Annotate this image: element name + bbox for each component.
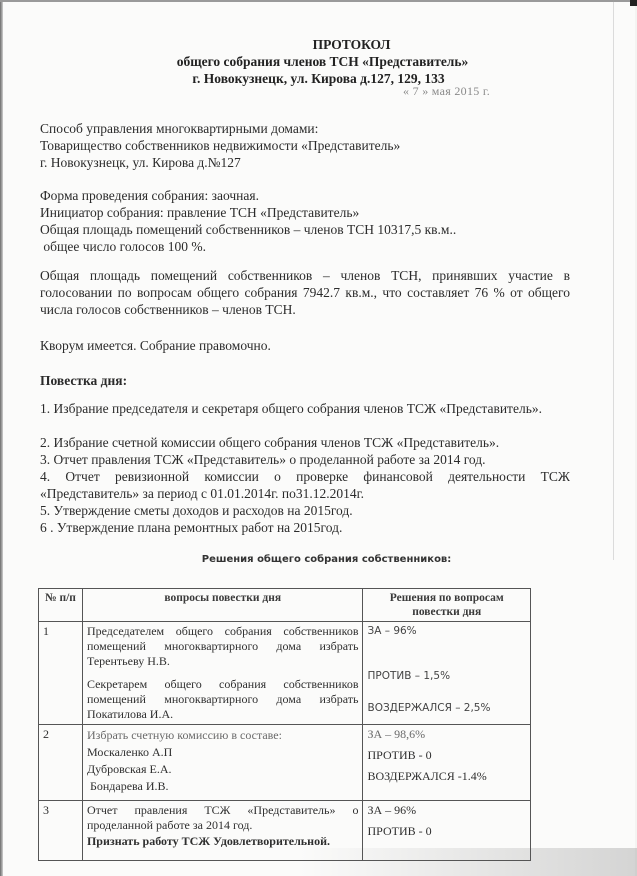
commission-member: Дубровская Е.А. bbox=[87, 761, 359, 778]
meeting-form: Форма проведения собрания: заочная. bbox=[40, 187, 259, 204]
agenda-item-3: 3. Отчет правления ТСЖ «Представитель» о… bbox=[40, 451, 486, 468]
table-row: 3 Отчет правления ТСЖ «Представитель» о … bbox=[39, 801, 531, 861]
row-result: ЗА – 98,6% ПРОТИВ - 0 ВОЗДЕРЖАЛСЯ -1.4% bbox=[363, 725, 531, 801]
document-subtitle: общего собрания членов ТСН «Представител… bbox=[0, 53, 637, 70]
row-question: Избрать счетную комиссию в составе: Моск… bbox=[82, 725, 363, 801]
quorum-statement: Кворум имеется. Собрание правомочно. bbox=[40, 337, 271, 354]
decisions-heading: Решения общего собрания собственников: bbox=[0, 554, 637, 565]
vote-for: ЗА – 98,6% bbox=[367, 727, 526, 742]
scan-edge-left bbox=[0, 0, 3, 876]
question-conclusion: Признать работу ТСЖ Удовлетворительной. bbox=[87, 833, 359, 849]
scan-edge-top bbox=[0, 0, 637, 2]
management-line-3: г. Новокузнецк, ул. Кирова д.№127 bbox=[40, 154, 241, 171]
vote-against: ПРОТИВ – 1,5% bbox=[367, 669, 526, 684]
row-number: 3 bbox=[39, 801, 83, 861]
table-row: 2 Избрать счетную комиссию в составе: Мо… bbox=[39, 725, 531, 801]
question-text: Избрать счетную комиссию в составе: bbox=[87, 727, 359, 744]
document-date: « 7 » мая 2015 г. bbox=[403, 84, 490, 99]
participation-paragraph: Общая площадь помещений собственников – … bbox=[40, 267, 570, 318]
vote-against: ПРОТИВ - 0 bbox=[367, 748, 526, 763]
decisions-table: № п/п вопросы повестки дня Решения по во… bbox=[38, 588, 531, 861]
question-text: Отчет правления ТСЖ «Представитель» о пр… bbox=[87, 803, 359, 833]
vote-against: ПРОТИВ - 0 bbox=[367, 824, 526, 839]
vote-abstain: ВОЗДЕРЖАЛСЯ -1.4% bbox=[367, 769, 526, 784]
vote-for: ЗА – 96% bbox=[367, 803, 526, 818]
question-text: Председателем общего собрания собственни… bbox=[87, 624, 359, 669]
scan-corner-mark bbox=[630, 0, 637, 6]
meeting-initiator: Инициатор собрания: правление ТСН «Предс… bbox=[40, 204, 359, 221]
agenda-heading: Повестка дня: bbox=[40, 372, 127, 389]
column-header-question: вопросы повестки дня bbox=[82, 589, 363, 622]
row-question: Отчет правления ТСЖ «Представитель» о пр… bbox=[82, 801, 363, 861]
commission-member: Бондарева И.В. bbox=[87, 778, 359, 795]
vote-for: ЗА – 96% bbox=[367, 624, 526, 639]
agenda-item-5: 5. Утверждение сметы доходов и расходов … bbox=[40, 502, 353, 519]
row-result: ЗА – 96% ПРОТИВ - 0 bbox=[363, 801, 531, 861]
document-title: ПРОТОКОЛ bbox=[0, 36, 637, 53]
column-header-number: № п/п bbox=[39, 589, 83, 622]
agenda-item-1: 1. Избрание председателя и секретаря общ… bbox=[40, 400, 570, 417]
management-line-2: Товарищество собственников недвижимости … bbox=[40, 137, 400, 154]
row-number: 2 bbox=[39, 725, 83, 801]
table-row: 1 Председателем общего собрания собствен… bbox=[39, 622, 531, 725]
question-text: Секретарем общего собрания собственников… bbox=[87, 677, 359, 722]
row-question: Председателем общего собрания собственни… bbox=[82, 622, 363, 725]
row-number: 1 bbox=[39, 622, 83, 725]
meeting-total-votes: общее число голосов 100 %. bbox=[40, 238, 206, 255]
meeting-total-area: Общая площадь помещений собственников – … bbox=[40, 221, 456, 238]
agenda-item-4: 4. Отчет ревизионной комиссии о проверке… bbox=[40, 468, 570, 502]
row-result: ЗА – 96% ПРОТИВ – 1,5% ВОЗДЕРЖАЛСЯ – 2,5… bbox=[363, 622, 531, 725]
document-address: г. Новокузнецк, ул. Кирова д.127, 129, 1… bbox=[0, 70, 637, 87]
document-header: ПРОТОКОЛ общего собрания членов ТСН «Пре… bbox=[0, 36, 637, 87]
vote-abstain: ВОЗДЕРЖАЛСЯ – 2,5% bbox=[367, 701, 526, 716]
agenda-item-6: 6 . Утверждение плана ремонтных работ на… bbox=[40, 519, 342, 536]
agenda-item-2: 2. Избрание счетной комиссии общего собр… bbox=[40, 434, 499, 451]
management-line-1: Способ управления многоквартирными домам… bbox=[40, 120, 318, 137]
column-header-result: Решения по вопросам повестки дня bbox=[363, 589, 531, 622]
table-header-row: № п/п вопросы повестки дня Решения по во… bbox=[39, 589, 531, 622]
commission-member: Москаленко А.П bbox=[87, 744, 359, 761]
